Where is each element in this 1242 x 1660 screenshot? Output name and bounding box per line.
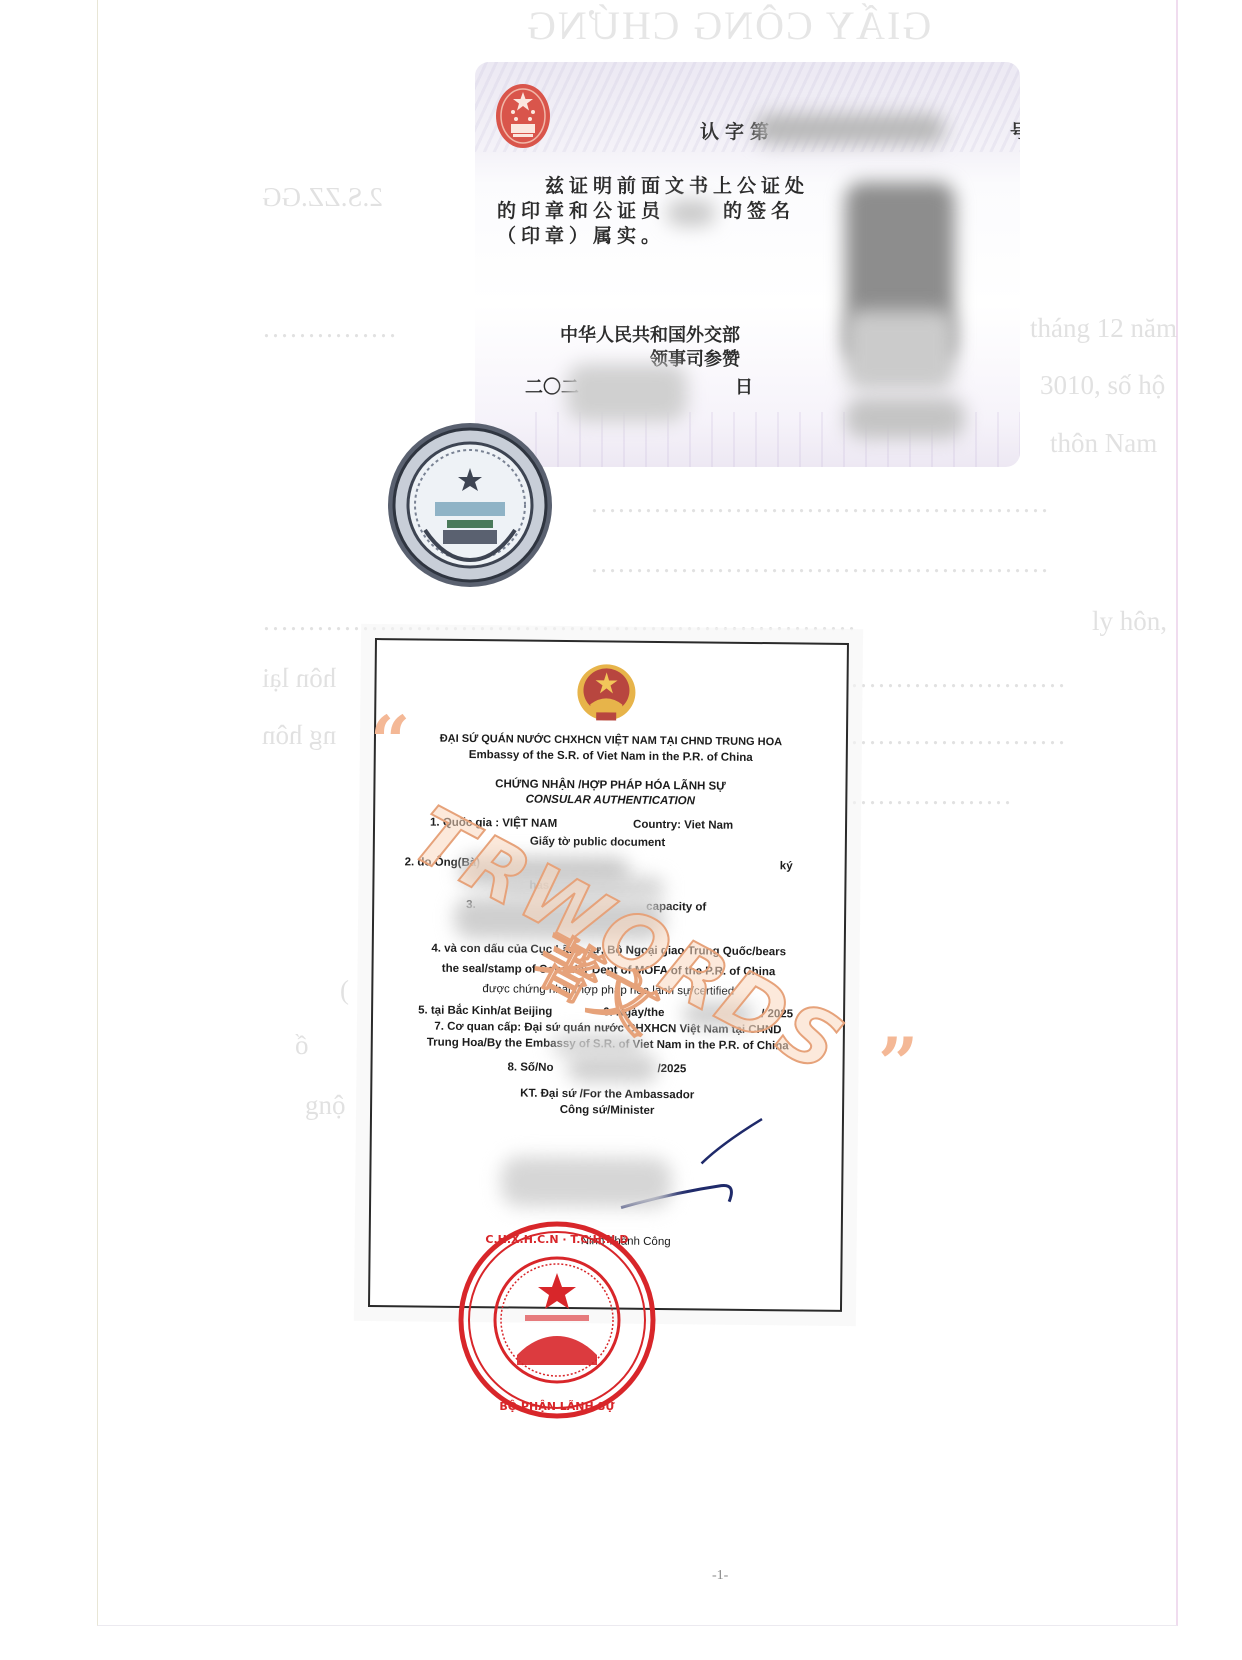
embassy-name-en: Embassy of the S.R. of Viet Nam in the P… — [376, 748, 846, 765]
redacted-officer — [845, 310, 955, 390]
background-text-line: …………… — [262, 313, 397, 344]
redacted-number — [755, 114, 945, 144]
background-text-line: ng hôn — [262, 720, 336, 751]
page-number: -1- — [712, 1568, 728, 1584]
redacted-date — [683, 1001, 753, 1028]
vietnam-embassy-authentication-sticker: ĐẠI SỨ QUÁN NƯỚC CHXHCN VIỆT NAM TẠI CHN… — [368, 638, 849, 1312]
redacted-capacity — [454, 897, 664, 941]
redacted-date — [567, 364, 687, 422]
background-text-line: ( — [340, 975, 349, 1006]
background-text-line: …………………… — [850, 663, 1066, 694]
background-text-line: …………………………………………… — [590, 548, 1049, 579]
china-mofa-authentication-sticker: 认字第 号 兹证明前面文书上公证处 的印章和公证员的签名 （印章）属实。 中华人… — [475, 62, 1020, 467]
item-6-year: / 2025 — [373, 1004, 843, 1021]
prc-national-emblem-icon — [493, 82, 553, 154]
vietnam-national-emblem-icon — [574, 662, 639, 725]
background-text-line: ly hôn, — [1092, 606, 1167, 637]
redacted-signer — [494, 875, 664, 899]
item-4-seal-en: the seal/stamp of Consular Dept of MOFA … — [373, 962, 843, 979]
redacted-signature — [501, 1156, 672, 1208]
background-text-line: ……………… — [850, 780, 1012, 811]
redacted-officer-name — [845, 397, 965, 439]
vietnam-embassy-consular-seal-icon: C.H.X.H.C.N · T.C.H.N.D BỘ PHẬN LÃNH SỰ — [455, 1215, 660, 1425]
for-ambassador: KT. Đại sứ /For the Ambassador — [372, 1086, 842, 1103]
background-text-line: tháng 12 năm — [1030, 313, 1177, 344]
prc-mofa-consular-seal-icon — [385, 420, 555, 590]
background-text-line: hôn lại — [262, 663, 336, 694]
certified-line: được chứng nhận/hợp pháp hóa lãnh sự/cer… — [373, 982, 843, 999]
redacted-number — [567, 1054, 657, 1083]
background-text-line: 2.S.ZZ.GG — [262, 182, 383, 213]
svg-text:BỘ PHẬN LÃNH SỰ: BỘ PHẬN LÃNH SỰ — [499, 1400, 615, 1413]
background-text-line: thôn Nam — [1050, 428, 1157, 459]
svg-text:C.H.X.H.C.N · T.C.H.N.D: C.H.X.H.C.N · T.C.H.N.D — [485, 1233, 628, 1246]
background-text-line: 3010, số hộ — [1040, 370, 1165, 401]
embassy-name-vi: ĐẠI SỨ QUÁN NƯỚC CHXHCN VIỆT NAM TẠI CHN… — [376, 732, 846, 749]
background-text-line: …………………………………………… — [590, 488, 1049, 519]
certification-statement: 兹证明前面文书上公证处 的印章和公证员的签名 （印章）属实。 — [497, 174, 809, 249]
title-en: CONSULAR AUTHENTICATION — [375, 792, 845, 809]
background-text-line: ồ — [295, 1030, 309, 1061]
redacted-notary-name — [667, 200, 715, 226]
title-vi: CHỨNG NHẬN /HỢP PHÁP HÓA LÃNH SỰ — [375, 777, 845, 794]
document-type: Giấy tờ public document — [375, 834, 845, 851]
item-4-seal-vi: 4. và con dấu của Cục Lãnh sự, Bộ Ngoại … — [374, 942, 844, 959]
item-1-country-en: Country: Viet Nam — [375, 816, 845, 833]
background-text-line: …………………… — [850, 720, 1066, 751]
mirrored-title-bleedthrough: GIẤY CÔNG CHỨNG — [525, 2, 931, 49]
background-text-line: gnộ — [305, 1090, 346, 1121]
background-text-line: ………………………………………………………… — [262, 606, 856, 637]
number-suffix: 号 — [1010, 117, 1020, 144]
